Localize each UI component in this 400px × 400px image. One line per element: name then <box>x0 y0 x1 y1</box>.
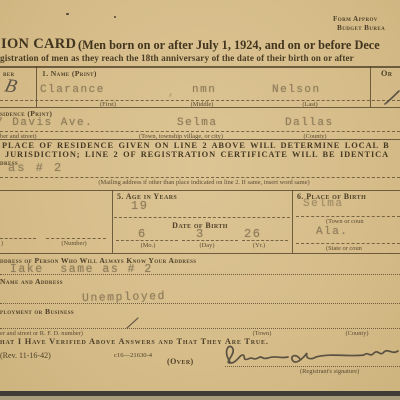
dob-month-value: 6 <box>138 227 147 241</box>
telephone-number-baseline <box>46 238 106 239</box>
birth-town-baseline <box>296 216 400 217</box>
telephone-exchange-baseline <box>0 238 36 239</box>
order-number-handwriting <box>384 88 400 106</box>
card-title: ION CARD <box>1 36 76 53</box>
mailing-baseline <box>0 177 400 178</box>
residence-street-value: 7 Davis Ave. <box>0 117 93 129</box>
employer-baseline <box>0 303 400 304</box>
caption-town: (Town) <box>241 330 283 337</box>
serial-number-value: B <box>2 76 19 99</box>
name-comma-mark: , <box>168 87 176 99</box>
caption-county2: (County) <box>333 330 381 337</box>
caption-street-rfd: er and street or R. F. D. number) <box>0 330 83 337</box>
caption-exchange-cut: ) <box>1 240 3 247</box>
name-first-value: Clarance <box>40 84 105 96</box>
dob-day-value: 3 <box>196 227 205 241</box>
residence-city-value: Selma <box>177 117 218 129</box>
birth-town-value: Selma <box>303 198 344 210</box>
row-border <box>0 190 400 191</box>
form-approved-line2: Budget Burea <box>337 24 385 32</box>
row-border <box>0 253 400 254</box>
residence-county-value: Dallas <box>285 117 334 129</box>
scan-background-strip <box>0 396 400 400</box>
warning-line1: PLACE OF RESIDENCE GIVEN ON LINE 2 ABOVE… <box>2 141 390 150</box>
form-approved-line1: Form Approv <box>333 15 378 23</box>
row-border <box>0 107 400 108</box>
name-middle-value: nmn <box>192 84 216 96</box>
print-code: c16—21630-4 <box>114 352 152 359</box>
form-revision: (Rev. 11-16-42) <box>0 351 51 360</box>
cell-divider <box>112 190 113 253</box>
mailing-address-value: as # 2 <box>8 161 63 175</box>
employer-label: Name and Address <box>0 277 63 286</box>
caption-town-cut: (Town or coun <box>326 218 364 225</box>
contact-baseline <box>0 274 400 275</box>
employment-place-label: ployment or Business <box>0 307 74 316</box>
age-value: 19 <box>131 199 148 213</box>
order-number-label: Or <box>381 69 393 78</box>
employment-baseline <box>0 328 400 329</box>
card-title-parenthetical: (Men born on or after July 1, 1924, and … <box>78 38 380 53</box>
caption-mailing-address: (Mailing address if other than place ind… <box>58 179 350 186</box>
card-subtitle: gistration of men as they reach the 18th… <box>0 53 354 63</box>
signature-caption: (Registrant's signature) <box>300 368 359 375</box>
table-top-border <box>0 66 400 68</box>
birth-state-value: Ala. <box>316 226 348 238</box>
cell-divider <box>292 190 293 253</box>
warning-line2: JURISDICTION; LINE 2 OF REGISTRATION CER… <box>5 150 389 159</box>
caption-day: (Day) <box>192 242 222 249</box>
age-baseline <box>114 217 290 218</box>
ink-speck <box>66 13 69 15</box>
over-label: (Over) <box>167 357 194 366</box>
caption-month: (Mo.) <box>133 242 163 249</box>
caption-number: (Number) <box>46 240 102 247</box>
scanned-draft-card-page: { "page": {"paper_color": "#d6bd8a", "pr… <box>0 0 400 400</box>
ink-speck <box>114 16 116 18</box>
registrant-signature <box>214 340 400 368</box>
caption-year: (Yr.) <box>244 242 274 249</box>
registration-card: Form Approv Budget Burea ION CARD (Men b… <box>0 0 400 400</box>
name-label: 1. Name (Print) <box>42 69 97 78</box>
name-last-value: Nelson <box>272 84 321 96</box>
caption-state-cut: (State or coun <box>326 245 362 252</box>
dob-year-value: 26 <box>244 227 261 241</box>
birth-state-baseline <box>296 243 400 244</box>
